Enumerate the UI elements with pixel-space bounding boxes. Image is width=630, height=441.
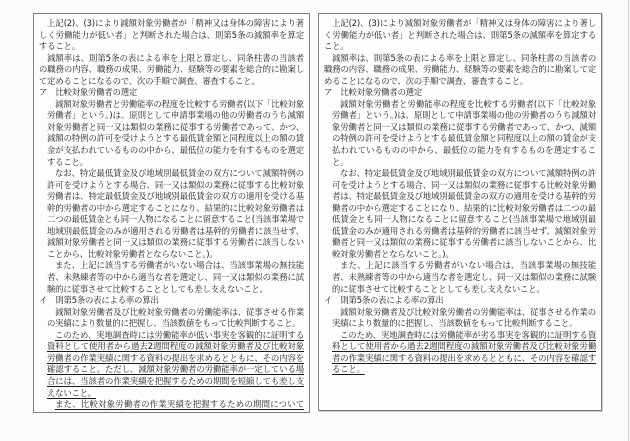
- paragraph: イ 則第5条の表による率の算出: [39, 295, 304, 307]
- paragraph: 上記(2)、(3)により減額対象労働者が「精神又は身体の障害により著しく労働能力…: [324, 18, 596, 53]
- paragraph: イ 則第5条の表による率の算出: [324, 295, 596, 307]
- scan-edge-line: [628, 0, 629, 441]
- paragraph: また、上記に該当する労働者がいない場合は、当該事業場の無技能者、未熟練者等の中か…: [39, 260, 304, 295]
- scanned-document-page: 上記(2)、(3)により減額対象労働者が「精神又は身体の障害により著しく労働能力…: [0, 0, 630, 441]
- paragraph: また、比較対象労働者の作業実績を把握するための期間については、1日として差し支え…: [39, 399, 304, 413]
- paragraph: 減額率は、則第5条の表による率を上限と算定し、同条柱書の当該者の職務の内容、職務…: [324, 53, 596, 88]
- paragraph: 減額率は、則第5条の表による率を上限と算定し、同条柱書の当該者の職務の内容、職務…: [39, 53, 304, 88]
- paragraph: なお、特定最低賃金及び地域別最低賃金の双方について減額特例の許可を受けようとする…: [39, 168, 304, 260]
- comparison-column-right: 上記(2)、(3)により減額対象労働者が「精神又は身体の障害により著しく労働能力…: [318, 13, 602, 411]
- paragraph: ア 比較対象労働者の選定: [324, 87, 596, 99]
- paragraph: 減額対象労働者及び比較対象労働者の労働能率は、従事させる作業の実績により数量的に…: [324, 307, 596, 330]
- paragraph: なお、特定最低賃金及び地域別最低賃金の双方について減額特例の許可を受けようとする…: [324, 168, 596, 260]
- comparison-column-left: 上記(2)、(3)により減額対象労働者が「精神又は身体の障害により著しく労働能力…: [33, 13, 310, 413]
- paragraph: 上記(2)、(3)により減額対象労働者が「精神又は身体の障害により著しく労働能力…: [39, 18, 304, 53]
- paragraph: また、上記に該当する労働者がいない場合は、当該事業場の無技能者、未熟練者等の中か…: [324, 260, 596, 295]
- paragraph: ア 比較対象労働者の選定: [39, 87, 304, 99]
- paragraph: 減額対象労働者と労働能率の程度を比較する労働者(以下「比較対象労働者」という。)…: [324, 99, 596, 168]
- paragraph: 減額対象労働者及び比較対象労働者の労働能率は、従事させる作業の実績により数量的に…: [39, 307, 304, 330]
- paragraph: 減額対象労働者と労働能率の程度を比較する労働者(以下「比較対象労働者」という。)…: [39, 99, 304, 168]
- paragraph: このため、実地調査時には労働能率が低い事実を客観的に証明する資料として使用者から…: [39, 330, 304, 399]
- paragraph: このため、実地調査時には労働能率が劣る事実を客観的に証明する資料として使用者から…: [324, 330, 596, 376]
